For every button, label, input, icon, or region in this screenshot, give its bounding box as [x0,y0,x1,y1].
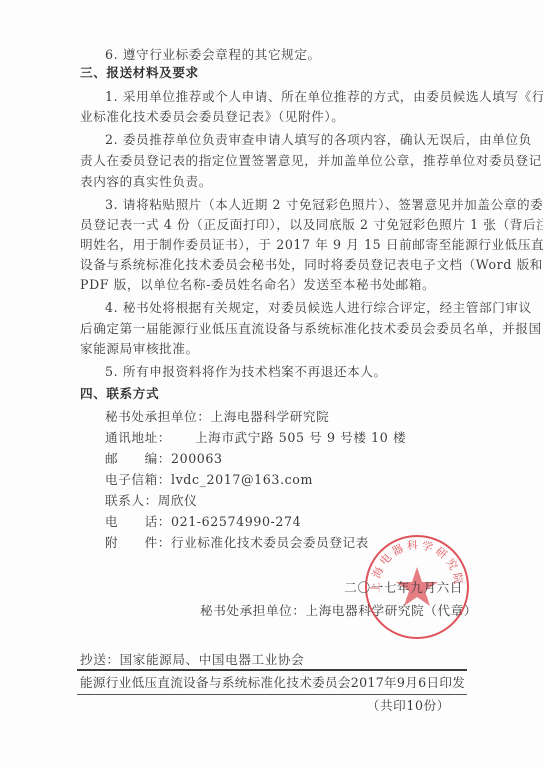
signature-date: 二〇一七年九月六日 [300,580,463,596]
item-6: 6. 遵守行业标委会章程的其它规定。 [105,47,464,63]
paragraph-4-line-3: 家能源局审核批准。 [80,341,464,357]
address-value: 上海市武宁路 505 号 9 号楼 10 楼 [195,430,406,445]
footer-thin-rule [77,694,467,695]
paragraph-1-line-2: 业标准化技术委员会委员登记表》（见附件）。 [80,109,464,125]
issuer-row: 能源行业低压直流设备与系统标准化技术委员会 2017年9月6日印发 [80,675,465,691]
contact-person: 联系人：周欣仪 [105,493,489,509]
section-4-heading: 四、联系方式 [80,386,464,402]
contact-email: 电子信箱：lvdc_2017@163.com [105,472,489,488]
paragraph-2-line-3: 表内容的真实性负责。 [80,174,464,190]
paragraph-3-line-1: 3. 请将粘贴照片（本人近期 2 寸免冠彩色照片）、签署意见并加盖公章的委 [105,197,464,213]
contact-phone: 电 话：021-62574990-274 [105,514,489,530]
paragraph-3-line-3: 明姓名，用于制作委员证书），于 2017 年 9 月 15 日前邮寄至能源行业低… [80,237,464,253]
paragraph-1-line-1: 1. 采用单位推荐或个人申请、所在单位推荐的方式，由委员候选人填写《行 [105,89,464,105]
address-label: 通讯地址： [105,430,171,445]
issuer-name: 能源行业低压直流设备与系统标准化技术委员会 [80,675,351,691]
section-3-heading: 三、报送材料及要求 [80,65,464,81]
copies-count: （共印10份） [300,698,450,714]
paragraph-4-line-2: 后确定第一届能源行业低压直流设备与系统标准化技术委员会委员名单，并报国 [80,321,464,337]
paragraph-2-line-1: 2. 委员推荐单位负责审查申请人填写的各项内容，确认无误后，由单位负 [105,132,464,148]
signature-signer: 秘书处承担单位：上海电器科学研究院（代章） [200,603,463,619]
document-page: 6. 遵守行业标委会章程的其它规定。 三、报送材料及要求 1. 采用单位推荐或个… [0,0,543,767]
paragraph-3-line-2: 员登记表一式 4 份（正反面打印），以及同底版 2 寸免冠彩色照片 1 张（背后… [80,217,464,233]
paragraph-2-line-2: 责人在委员登记表的指定位置签署意见，并加盖单位公章，推荐单位对委员登记 [80,153,464,169]
cc-line: 抄送：国家能源局、中国电器工业协会 [80,652,464,668]
paragraph-5: 5. 所有申报资料将作为技术档案不再退还本人。 [105,364,464,380]
paragraph-3-line-5: PDF 版，以单位名称-委员姓名命名）发送至本秘书处邮箱。 [80,277,464,293]
paragraph-3-line-4: 设备与系统标准化技术委员会秘书处，同时将委员登记表电子文档（Word 版和 [80,257,464,273]
footer-thick-rule [77,669,467,671]
contact-postcode: 邮 编：200063 [105,451,489,467]
contact-address: 通讯地址：上海市武宁路 505 号 9 号楼 10 楼 [105,430,489,446]
issue-date: 2017年9月6日印发 [351,675,465,691]
contact-unit: 秘书处承担单位：上海电器科学研究院 [105,409,489,425]
paragraph-4-line-1: 4. 秘书处将根据有关规定，对委员候选人进行综合评定，经主管部门审议 [105,300,464,316]
